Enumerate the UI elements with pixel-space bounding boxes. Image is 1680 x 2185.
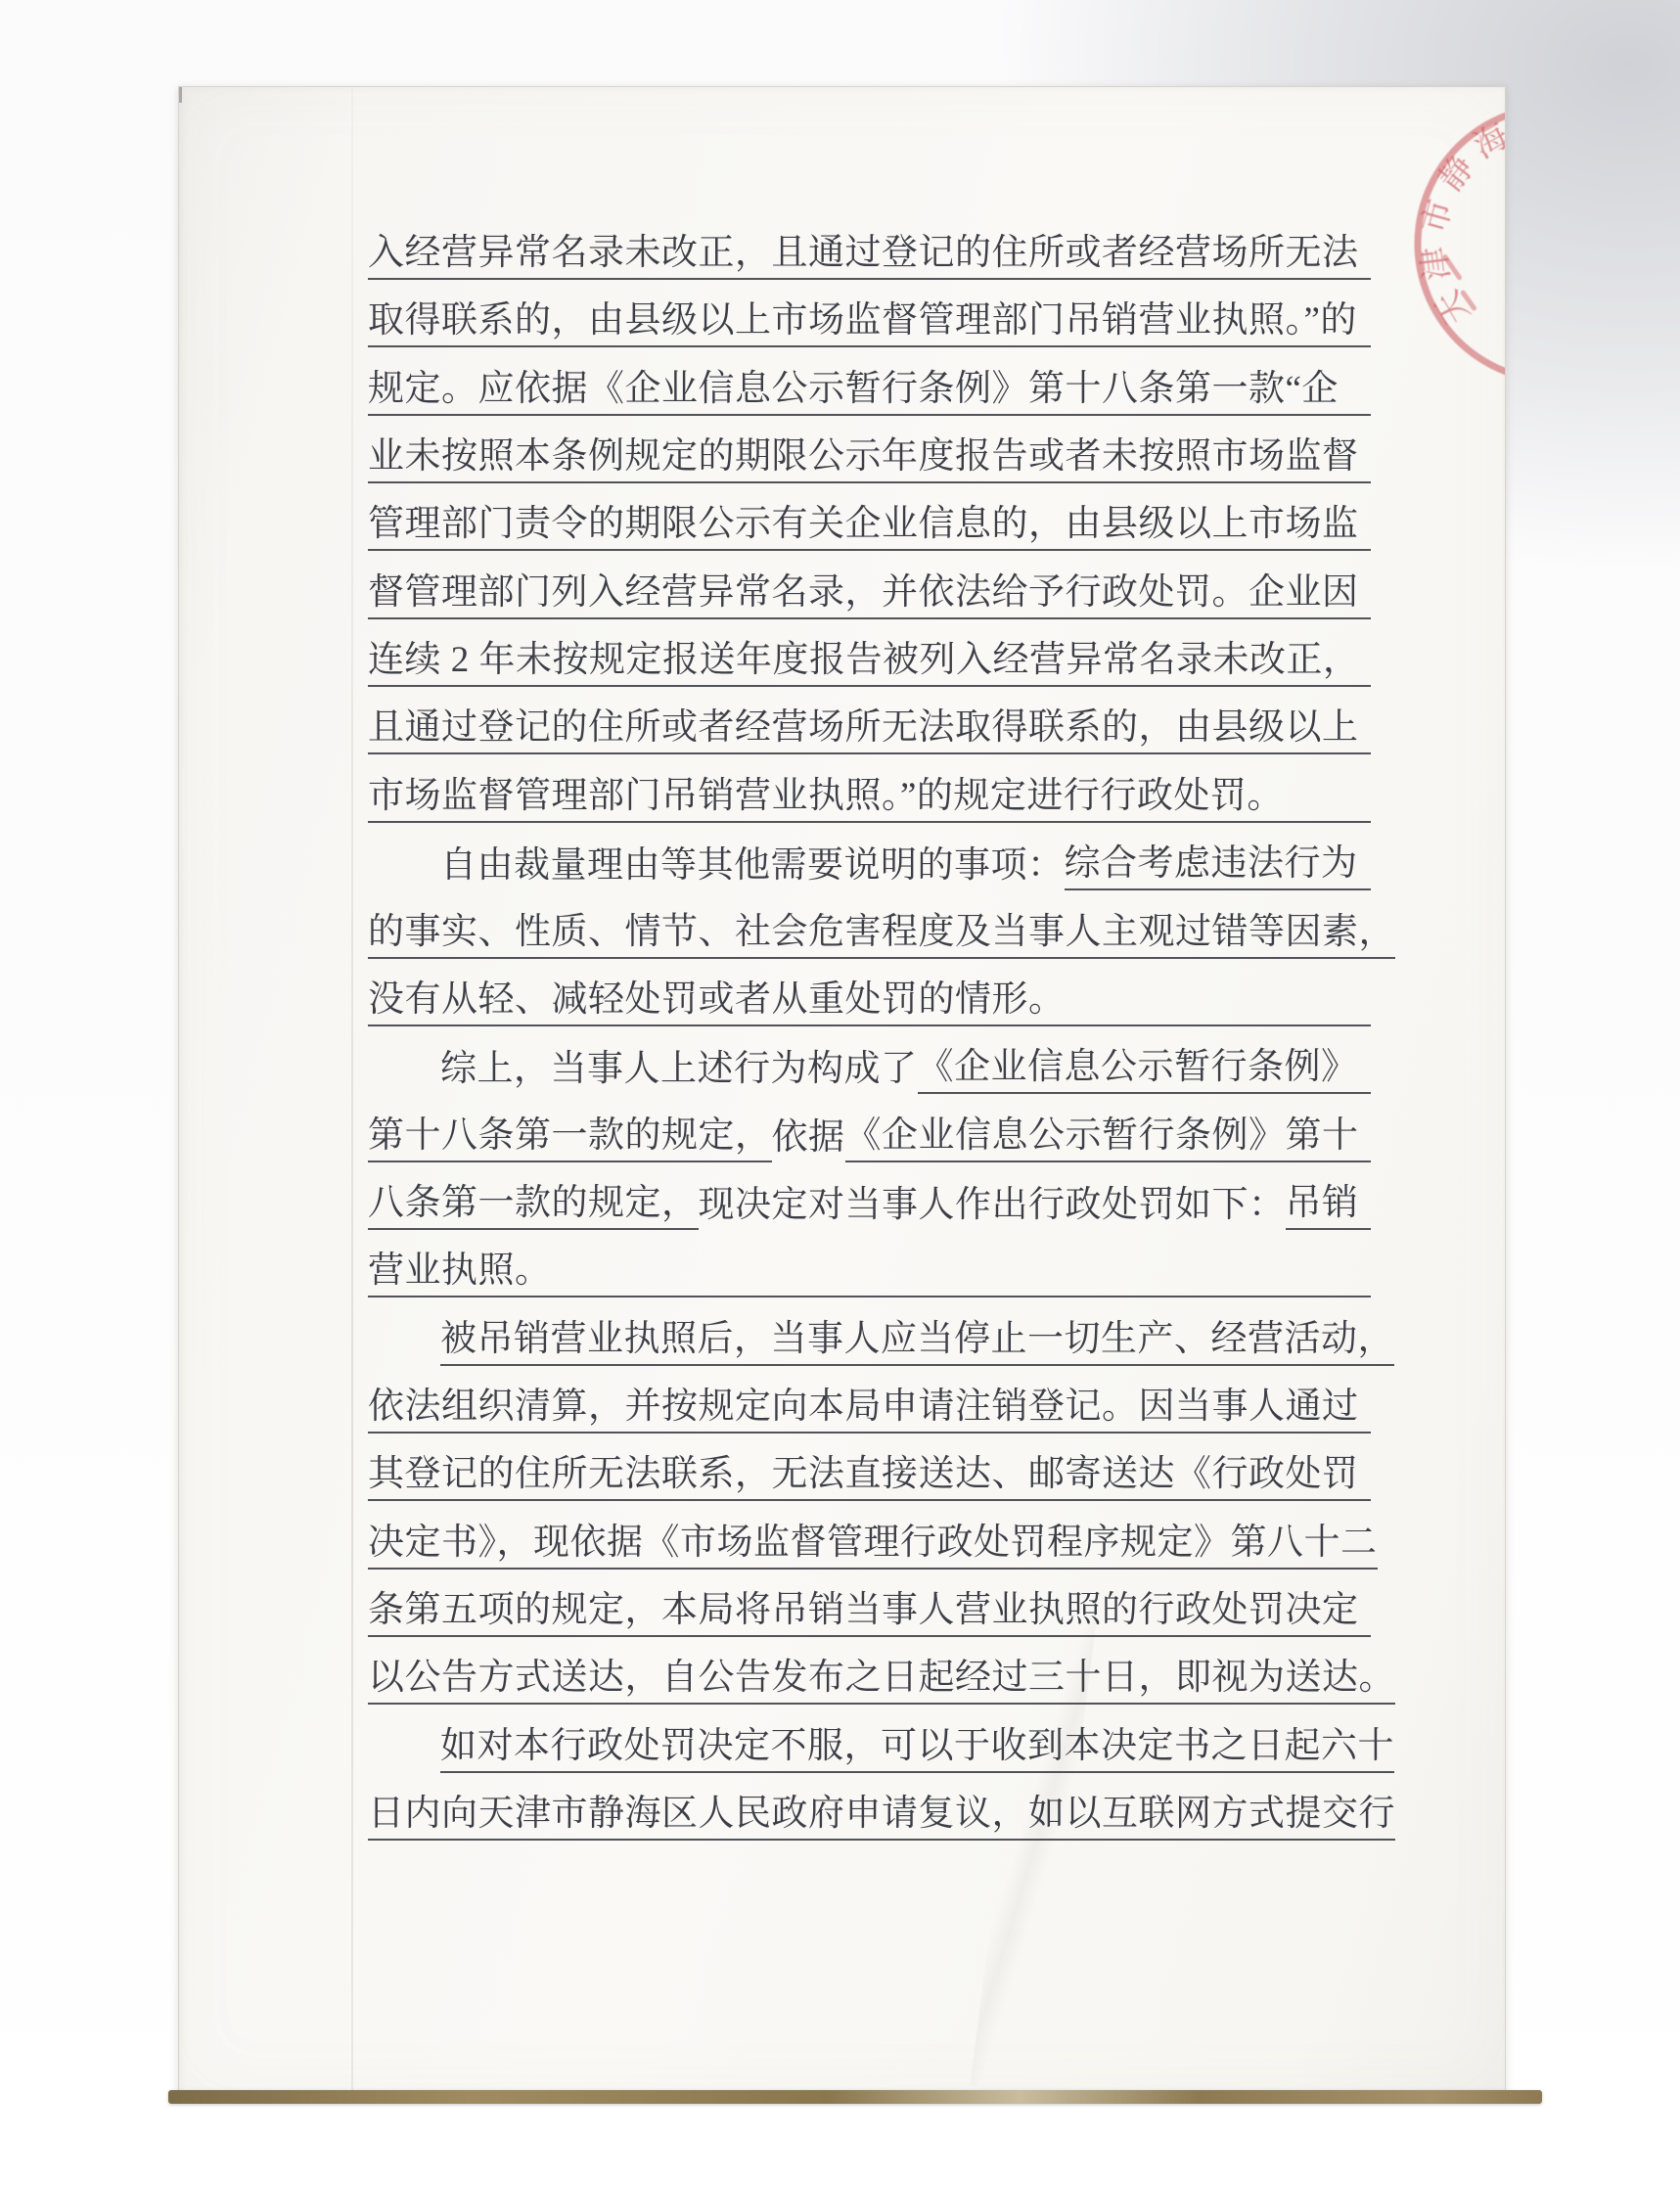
official-seal: 天津市静海区市场监督管理局	[1388, 86, 1506, 410]
underlined-text-segment: 市场监督管理部门吊销营业执照。”的规定进行行政处罚。	[368, 778, 1284, 823]
underlined-text-segment: 《企业信息公示暂行条例》	[918, 1049, 1358, 1094]
underlined-text-segment: 条第五项的规定，本局将吊销当事人营业执照的行政处罚决定	[368, 1592, 1359, 1637]
blank-underline-fill	[1359, 1173, 1372, 1230]
underlined-text-segment: 其登记的住所无法联系，无法直接送达、邮寄送达《行政处罚	[368, 1456, 1359, 1501]
text-line: 如对本行政处罚决定不服，可以于收到本决定书之日起六十	[368, 1716, 1371, 1773]
document-body-text: 入经营异常名录未改正，且通过登记的住所或者经营场所无法取得联系的，由县级以上市场…	[179, 87, 1505, 2092]
blank-underline-fill	[1066, 970, 1372, 1026]
underlined-text-segment: 吊销	[1286, 1185, 1359, 1230]
blank-underline-fill	[1359, 427, 1372, 483]
text-line: 规定。应依据《企业信息公示暂行条例》第十八条第一款“企	[368, 359, 1371, 416]
underlined-text-segment: 如对本行政处罚决定不服，可以于收到本决定书之日起六十	[440, 1728, 1394, 1773]
text-line: 营业执照。	[368, 1241, 1371, 1297]
underlined-text-segment: 规定。应依据《企业信息公示暂行条例》第十八条第一款“企	[368, 371, 1339, 416]
underlined-text-segment: 《企业信息公示暂行条例》第十	[845, 1117, 1359, 1162]
seal-text: 天津市静海区市场监督管理局	[1388, 86, 1506, 362]
photo-background: 入经营异常名录未改正，且通过登记的住所或者经营场所无法取得联系的，由县级以上市场…	[0, 0, 1680, 2185]
underlined-text-segment: 日内向天津市静海区人民政府申请复议，如以互联网方式提交行	[368, 1796, 1395, 1841]
underlined-text-segment: 依法组织清算，并按规定向本局申请注销登记。因当事人通过	[368, 1388, 1359, 1434]
text-line: 综上，当事人上述行为构成了《企业信息公示暂行条例》	[368, 1037, 1371, 1094]
seal-group: 天津市静海区市场监督管理局	[1388, 86, 1506, 410]
text-line: 第十八条第一款的规定，依据《企业信息公示暂行条例》第十	[368, 1106, 1371, 1162]
blank-underline-fill	[1358, 1037, 1372, 1094]
underlined-text-segment: 的事实、性质、情节、社会危害程度及当事人主观过错等因素，	[368, 914, 1395, 959]
underlined-text-segment: 八条第一款的规定，	[368, 1185, 699, 1230]
text-line: 连续 2 年未按规定报送年度报告被列入经营异常名录未改正，	[368, 630, 1371, 687]
text-line: 八条第一款的规定，现决定对当事人作出行政处罚如下：吊销	[368, 1173, 1371, 1230]
text-line: 的事实、性质、情节、社会危害程度及当事人主观过错等因素，	[368, 902, 1371, 959]
blank-underline-fill	[1357, 291, 1371, 347]
blank-underline-fill	[1359, 1106, 1372, 1162]
underlined-text-segment: 且通过登记的住所或者经营场所无法取得联系的，由县级以上	[368, 709, 1359, 754]
blank-underline-fill	[1359, 1444, 1372, 1501]
blank-underline-fill	[1359, 698, 1372, 754]
blank-underline-fill	[1339, 359, 1371, 416]
text-line: 取得联系的，由县级以上市场监督管理部门吊销营业执照。”的	[368, 291, 1371, 347]
plain-text-segment: 综上，当事人上述行为构成了	[440, 1051, 918, 1094]
underlined-text-segment: 没有从轻、减轻处罚或者从重处罚的情形。	[368, 981, 1066, 1026]
document-page: 入经营异常名录未改正，且通过登记的住所或者经营场所无法取得联系的，由县级以上市场…	[178, 86, 1506, 2093]
blank-underline-fill	[1360, 630, 1372, 687]
text-line: 入经营异常名录未改正，且通过登记的住所或者经营场所无法	[368, 223, 1371, 280]
underlined-text-segment: 以公告方式送达，自公告发布之日起经过三十日，即视为送达。	[368, 1660, 1395, 1705]
underlined-text-segment: 综合考虑违法行为	[1065, 845, 1358, 890]
text-line: 业未按照本条例规定的期限公示年度报告或者未按照市场监督	[368, 427, 1371, 483]
underlined-text-segment: 营业执照。	[368, 1252, 552, 1297]
text-line: 市场监督管理部门吊销营业执照。”的规定进行行政处罚。	[368, 766, 1371, 823]
text-line: 其登记的住所无法联系，无法直接送达、邮寄送达《行政处罚	[368, 1444, 1371, 1501]
text-line: 管理部门责令的期限公示有关企业信息的，由县级以上市场监	[368, 494, 1371, 551]
text-line: 决定书》，现依据《市场监督管理行政处罚程序规定》第八十二	[368, 1513, 1371, 1570]
text-line: 督管理部门列入经营异常名录，并依法给予行政处罚。企业因	[368, 563, 1371, 619]
desk-edge	[168, 2090, 1542, 2104]
underlined-text-segment: 入经营异常名录未改正，且通过登记的住所或者经营场所无法	[368, 235, 1359, 280]
text-line: 依法组织清算，并按规定向本局申请注销登记。因当事人通过	[368, 1377, 1371, 1434]
underlined-text-segment: 管理部门责令的期限公示有关企业信息的，由县级以上市场监	[368, 506, 1359, 551]
text-line: 以公告方式送达，自公告发布之日起经过三十日，即视为送达。	[368, 1648, 1371, 1705]
underlined-text-segment: 决定书》，现依据《市场监督管理行政处罚程序规定》第八十二	[368, 1525, 1378, 1570]
text-line: 条第五项的规定，本局将吊销当事人营业执照的行政处罚决定	[368, 1580, 1371, 1637]
text-line: 且通过登记的住所或者经营场所无法取得联系的，由县级以上	[368, 698, 1371, 754]
text-line: 日内向天津市静海区人民政府申请复议，如以互联网方式提交行	[368, 1784, 1371, 1841]
underlined-text-segment: 第十八条第一款的规定，	[368, 1117, 772, 1162]
underlined-text-segment: 取得联系的，由县级以上市场监督管理部门吊销营业执照。”的	[368, 302, 1357, 347]
plain-text-segment: 现决定对当事人作出行政处罚如下：	[699, 1187, 1286, 1230]
text-line: 自由裁量理由等其他需要说明的事项：综合考虑违法行为	[368, 834, 1371, 890]
blank-underline-fill	[1359, 563, 1372, 619]
blank-underline-fill	[1284, 766, 1371, 823]
blank-underline-fill	[1359, 1580, 1372, 1637]
text-line: 被吊销营业执照后，当事人应当停止一切生产、经营活动，	[368, 1309, 1371, 1366]
underlined-text-segment: 连续 2 年未按规定报送年度报告被列入经营异常名录未改正，	[368, 642, 1360, 687]
text-line: 没有从轻、减轻处罚或者从重处罚的情形。	[368, 970, 1371, 1026]
blank-underline-fill	[1359, 1377, 1372, 1434]
underlined-text-segment: 业未按照本条例规定的期限公示年度报告或者未按照市场监督	[368, 438, 1359, 483]
blank-underline-fill	[552, 1241, 1372, 1297]
underlined-text-segment: 被吊销营业执照后，当事人应当停止一切生产、经营活动，	[440, 1321, 1394, 1366]
blank-underline-fill	[1359, 223, 1372, 280]
underlined-text-segment: 督管理部门列入经营异常名录，并依法给予行政处罚。企业因	[368, 574, 1359, 619]
blank-underline-fill	[1358, 834, 1372, 890]
plain-text-segment: 自由裁量理由等其他需要说明的事项：	[440, 847, 1065, 890]
blank-underline-fill	[1359, 494, 1372, 551]
plain-text-segment: 依据	[772, 1119, 845, 1162]
